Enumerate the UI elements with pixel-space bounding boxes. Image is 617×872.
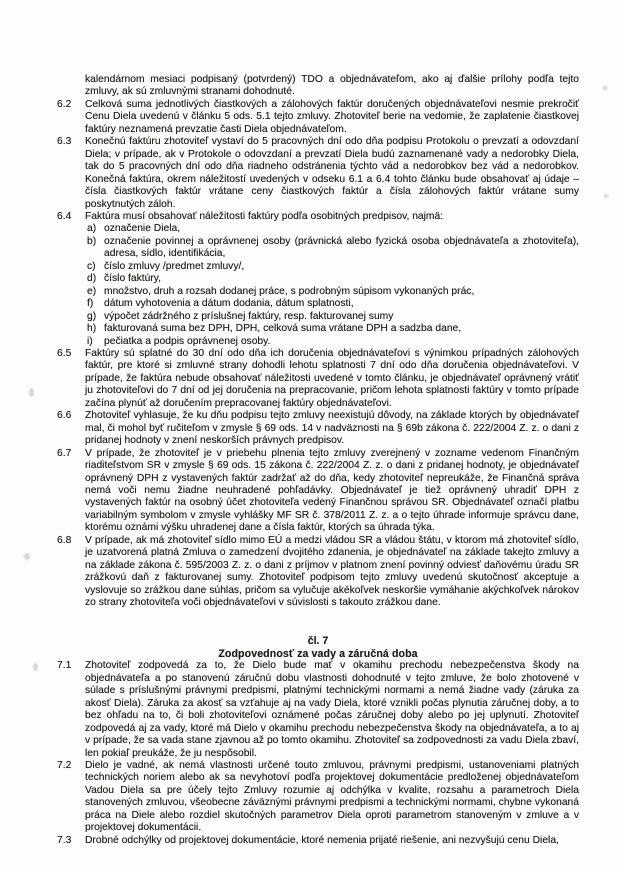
contract-clause: 6.7 V prípade, že zhotoviteľ je v priebe… bbox=[0, 448, 617, 535]
clause-body: Zhotoviteľ zodpovedá za to, že Dielo bud… bbox=[85, 660, 579, 760]
clause-text: Zhotoviteľ vyhlasuje, že ku dňu podpisu … bbox=[85, 410, 579, 447]
clause-list-item: e) množstvo, druh a rozsah dodanej práce… bbox=[85, 286, 579, 298]
list-item-text: číslo zmluvy /predmet zmluvy/, bbox=[104, 261, 579, 273]
clause-number: 6.8 bbox=[57, 535, 85, 610]
scan-artifact bbox=[603, 86, 607, 90]
list-item-text: číslo faktúry, bbox=[104, 273, 579, 285]
list-item-marker: c) bbox=[87, 261, 104, 273]
list-item-text: označenie Diela, bbox=[104, 223, 579, 235]
clause-text: Dielo je vadné, ak nemá vlastnosti určen… bbox=[85, 760, 579, 835]
clause-number: 6.7 bbox=[57, 448, 85, 535]
clause-number: 7.1 bbox=[57, 660, 85, 760]
clause-text: Drobné odchýlky od projektovej dokumentá… bbox=[85, 835, 579, 847]
list-item-text: výpočet zádržného z príslušnej faktúry, … bbox=[104, 311, 579, 323]
clause-text: V prípade, že zhotoviteľ je v priebehu p… bbox=[85, 448, 579, 535]
contract-clause: 7.2 Dielo je vadné, ak nemá vlastnosti u… bbox=[0, 760, 617, 835]
list-item-marker: e) bbox=[87, 286, 104, 298]
contract-clause: kalendárnom mesiaci podpisaný (potvrdený… bbox=[0, 74, 617, 99]
clause-body: Dielo je vadné, ak nemá vlastnosti určen… bbox=[85, 760, 579, 835]
clause-body: Faktúra musí obsahovať náležitosti faktú… bbox=[85, 211, 579, 348]
clause-list-item: g) výpočet zádržného z príslušnej faktúr… bbox=[85, 311, 579, 323]
clause-list-item: b) označenie povinnej a oprávnenej osoby… bbox=[85, 236, 579, 261]
scan-artifact bbox=[29, 388, 34, 397]
contract-clause: 7.1 Zhotoviteľ zodpovedá za to, že Dielo… bbox=[0, 660, 617, 760]
list-item-text: označenie povinnej a oprávnenej osoby (p… bbox=[104, 236, 579, 261]
contract-clause: 6.3 Konečnú faktúru zhotoviteľ vystaví d… bbox=[0, 136, 617, 211]
clause-body: kalendárnom mesiaci podpisaný (potvrdený… bbox=[85, 74, 579, 99]
scanned-contract-page: kalendárnom mesiaci podpisaný (potvrdený… bbox=[0, 0, 617, 872]
clause-text: Zhotoviteľ zodpovedá za to, že Dielo bud… bbox=[85, 660, 579, 760]
article-title: Zodpovednosť za vady a záručná doba bbox=[57, 648, 579, 660]
clause-body: V prípade, že zhotoviteľ je v priebehu p… bbox=[85, 448, 579, 535]
contract-clause: 6.2 Celková suma jednotlivých čiastkovýc… bbox=[0, 99, 617, 136]
clause-body: Drobné odchýlky od projektovej dokumentá… bbox=[85, 835, 579, 847]
clause-list-item: a) označenie Diela, bbox=[85, 223, 579, 235]
list-item-text: množstvo, druh a rozsah dodanej práce, s… bbox=[104, 286, 579, 298]
list-item-marker: d) bbox=[87, 273, 104, 285]
contract-clause: 7.3 Drobné odchýlky od projektovej dokum… bbox=[0, 835, 617, 847]
clause-list-item: c) číslo zmluvy /predmet zmluvy/, bbox=[85, 261, 579, 273]
list-item-text: fakturovaná suma bez DPH, DPH, celková s… bbox=[104, 323, 579, 335]
clause-list-item: i) pečiatka a podpis oprávnenej osoby. bbox=[85, 336, 579, 348]
list-item-marker: g) bbox=[87, 311, 104, 323]
clause-text: kalendárnom mesiaci podpisaný (potvrdený… bbox=[85, 74, 579, 99]
clause-body: Konečnú faktúru zhotoviteľ vystaví do 5 … bbox=[85, 136, 579, 211]
document-content: kalendárnom mesiaci podpisaný (potvrdený… bbox=[0, 74, 617, 847]
clause-body: Zhotoviteľ vyhlasuje, že ku dňu podpisu … bbox=[85, 410, 579, 447]
list-item-marker: f) bbox=[87, 298, 104, 310]
clause-text: Faktúra musí obsahovať náležitosti faktú… bbox=[85, 211, 579, 223]
clause-number: 7.3 bbox=[57, 835, 85, 847]
clause-number: 6.6 bbox=[57, 410, 85, 447]
clause-body: V prípade, ak má zhotoviteľ sídlo mimo E… bbox=[85, 535, 579, 610]
clause-body: Faktúry sú splatné do 30 dní odo dňa ich… bbox=[85, 348, 579, 410]
clause-list-item: f) dátum vyhotovenia a dátum dodania, dá… bbox=[85, 298, 579, 310]
clause-body: Celková suma jednotlivých čiastkových a … bbox=[85, 99, 579, 136]
contract-clause: 6.6 Zhotoviteľ vyhlasuje, že ku dňu podp… bbox=[0, 410, 617, 447]
article-number: čl. 7 bbox=[57, 635, 579, 647]
clause-list-item: h) fakturovaná suma bez DPH, DPH, celkov… bbox=[85, 323, 579, 335]
list-item-marker: a) bbox=[87, 223, 104, 235]
list-item-marker: h) bbox=[87, 323, 104, 335]
clause-text: Celková suma jednotlivých čiastkových a … bbox=[85, 99, 579, 136]
clause-number bbox=[57, 74, 85, 99]
scan-artifact bbox=[33, 663, 38, 671]
clause-text: Konečnú faktúru zhotoviteľ vystaví do 5 … bbox=[85, 136, 579, 211]
list-item-marker: b) bbox=[87, 236, 104, 261]
clause-list-item: d) číslo faktúry, bbox=[85, 273, 579, 285]
article-heading: čl. 7 Zodpovednosť za vady a záručná dob… bbox=[0, 635, 617, 660]
clause-number: 6.5 bbox=[57, 348, 85, 410]
clause-text: Faktúry sú splatné do 30 dní odo dňa ich… bbox=[85, 348, 579, 410]
clause-text: V prípade, ak má zhotoviteľ sídlo mimo E… bbox=[85, 535, 579, 610]
list-item-marker: i) bbox=[87, 336, 104, 348]
clause-number: 6.3 bbox=[57, 136, 85, 211]
clause-number: 6.4 bbox=[57, 211, 85, 348]
scan-artifact bbox=[604, 194, 608, 198]
clause-number: 6.2 bbox=[57, 99, 85, 136]
clause-number: 7.2 bbox=[57, 760, 85, 835]
list-item-text: pečiatka a podpis oprávnenej osoby. bbox=[104, 336, 579, 348]
contract-clause: 6.5 Faktúry sú splatné do 30 dní odo dňa… bbox=[0, 348, 617, 410]
list-item-text: dátum vyhotovenia a dátum dodania, dátum… bbox=[104, 298, 579, 310]
contract-clause: 6.8 V prípade, ak má zhotoviteľ sídlo mi… bbox=[0, 535, 617, 610]
scan-artifact bbox=[24, 553, 30, 560]
contract-clause: 6.4 Faktúra musí obsahovať náležitosti f… bbox=[0, 211, 617, 348]
